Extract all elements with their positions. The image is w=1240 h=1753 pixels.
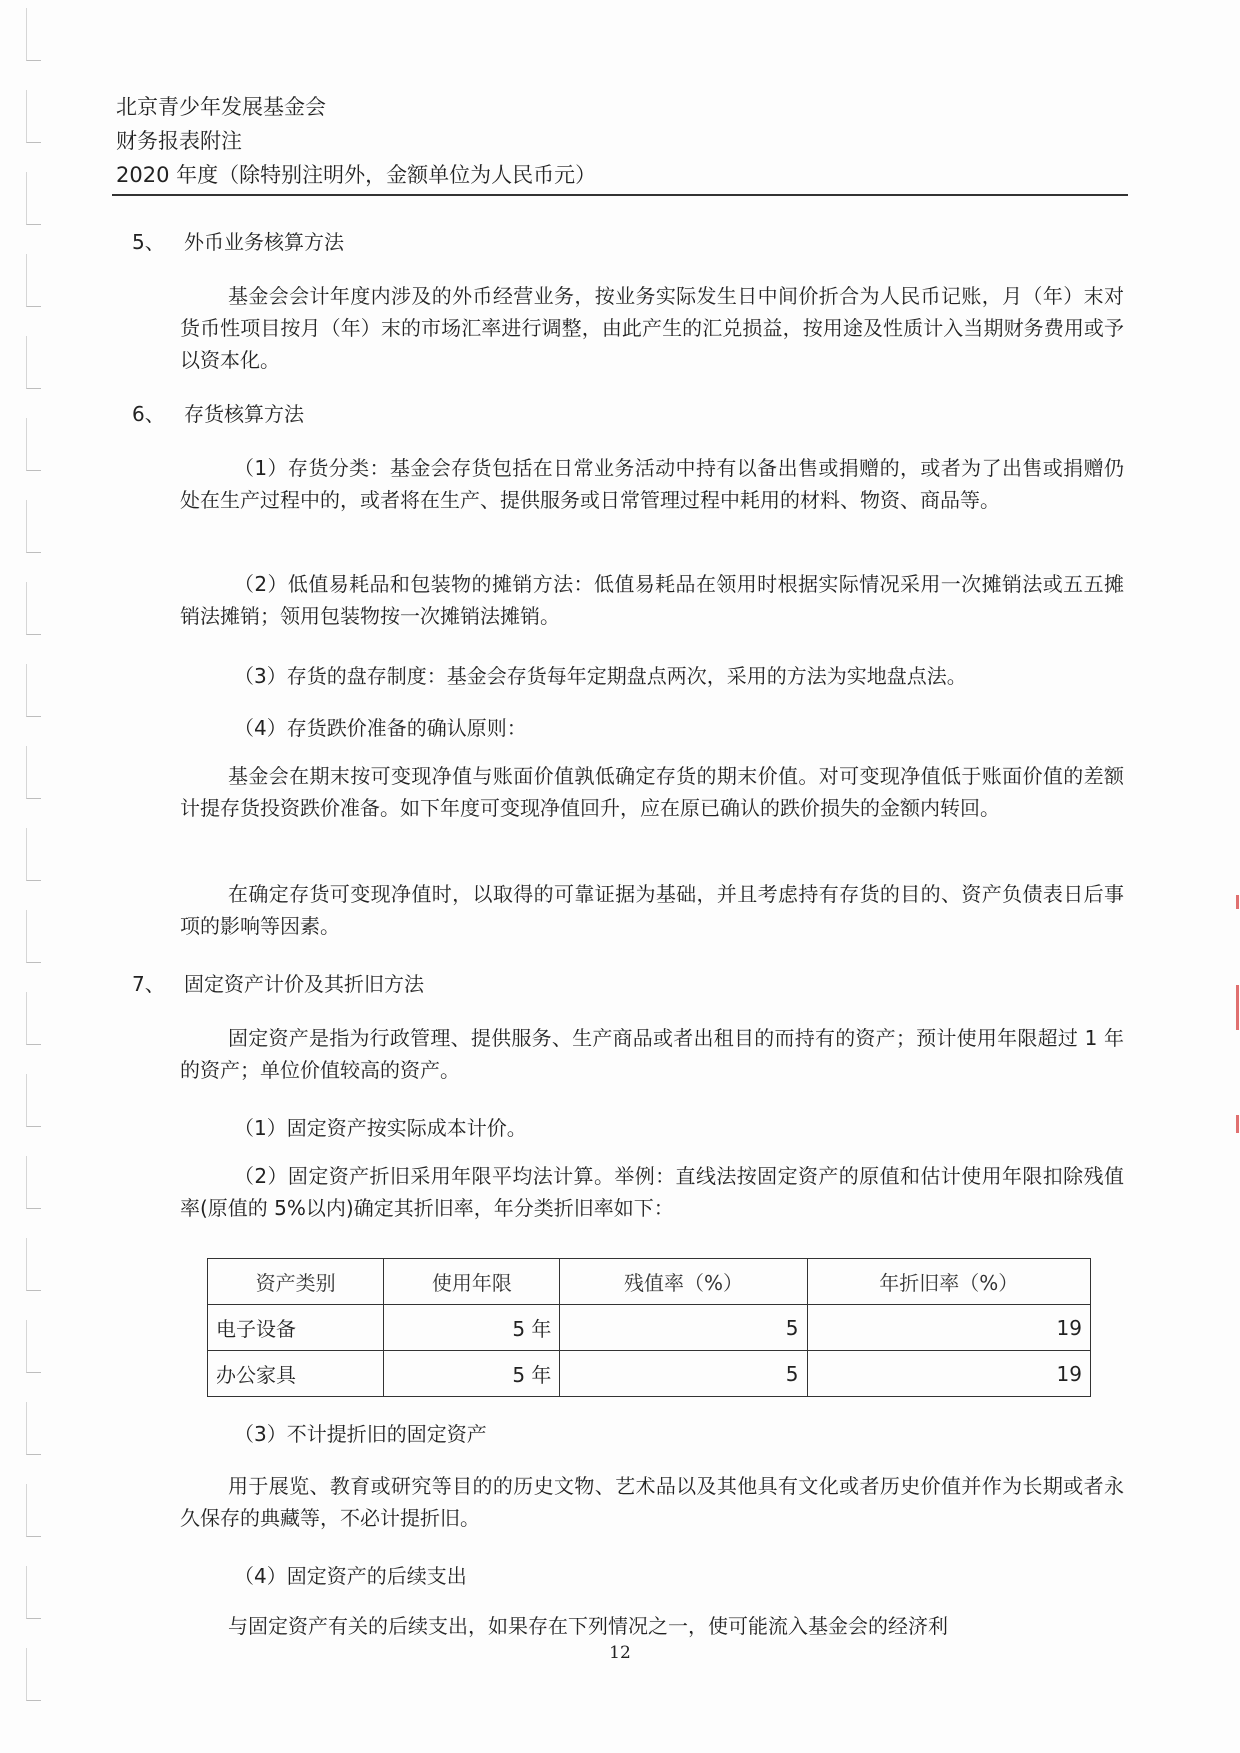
binding-mark <box>26 746 41 799</box>
header-divider <box>112 194 1128 196</box>
binding-mark <box>26 336 41 389</box>
annual-depreciation-rate: 19 <box>807 1351 1090 1397</box>
paragraph: 基金会会计年度内涉及的外币经营业务，按业务实际发生日中间价折合为人民币记账，月（… <box>180 280 1124 376</box>
paragraph: 与固定资产有关的后续支出，如果存在下列情况之一，使可能流入基金会的经济利 <box>180 1610 1124 1642</box>
binding-mark <box>26 1320 41 1373</box>
paragraph: 用于展览、教育或研究等目的的历史文物、艺术品以及其他具有文化或者历史价值并作为长… <box>180 1470 1124 1534</box>
table-header-row: 资产类别 使用年限 残值率（%） 年折旧率（%） <box>208 1259 1091 1305</box>
table-row: 电子设备 5 年 5 19 <box>208 1305 1091 1351</box>
depreciation-rate-table: 资产类别 使用年限 残值率（%） 年折旧率（%） 电子设备 5 年 5 19 办… <box>207 1258 1091 1397</box>
binding-mark <box>26 582 41 635</box>
seal-edge-mark <box>1236 985 1239 1030</box>
binding-mark <box>26 172 41 225</box>
binding-mark <box>26 992 41 1045</box>
section-heading: 5、外币业务核算方法 <box>132 226 344 255</box>
page-number: 12 <box>0 1643 1240 1663</box>
binding-mark <box>26 500 41 553</box>
paragraph: （3）不计提折旧的固定资产 <box>234 1418 487 1447</box>
asset-category: 电子设备 <box>208 1305 384 1351</box>
seal-edge-mark <box>1236 895 1239 909</box>
page-header: 北京青少年发展基金会 财务报表附注 2020 年度（除特别注明外，金额单位为人民… <box>116 90 596 192</box>
binding-mark <box>26 1074 41 1127</box>
paragraph: （2）低值易耗品和包装物的摊销方法：低值易耗品在领用时根据实际情况采用一次摊销法… <box>180 568 1124 632</box>
paragraph: （1）存货分类：基金会存货包括在日常业务活动中持有以备出售或捐赠的，或者为了出售… <box>180 452 1124 516</box>
binding-mark <box>26 1484 41 1537</box>
paragraph: 固定资产是指为行政管理、提供服务、生产商品或者出租目的而持有的资产；预计使用年限… <box>180 1022 1124 1086</box>
column-header: 资产类别 <box>208 1259 384 1305</box>
binding-mark <box>26 418 41 471</box>
binding-mark <box>26 90 41 143</box>
annual-depreciation-rate: 19 <box>807 1305 1090 1351</box>
period-note: 2020 年度（除特别注明外，金额单位为人民币元） <box>116 158 596 192</box>
residual-rate: 5 <box>560 1305 807 1351</box>
paragraph: （2）固定资产折旧采用年限平均法计算。举例：直线法按固定资产的原值和估计使用年限… <box>180 1160 1124 1224</box>
paragraph: 基金会在期末按可变现净值与账面价值孰低确定存货的期末价值。对可变现净值低于账面价… <box>180 760 1124 824</box>
binding-mark <box>26 254 41 307</box>
paragraph: （4）存货跌价准备的确认原则： <box>234 712 527 741</box>
paragraph: 在确定存货可变现净值时，以取得的可靠证据为基础，并且考虑持有存货的目的、资产负债… <box>180 878 1124 942</box>
org-name: 北京青少年发展基金会 <box>116 90 596 124</box>
binding-mark <box>26 8 41 61</box>
table-row: 办公家具 5 年 5 19 <box>208 1351 1091 1397</box>
paragraph: （1）固定资产按实际成本计价。 <box>234 1112 527 1141</box>
binding-mark <box>26 910 41 963</box>
column-header: 年折旧率（%） <box>807 1259 1090 1305</box>
useful-life: 5 年 <box>384 1305 560 1351</box>
seal-edge-mark <box>1236 1115 1239 1133</box>
section-heading: 6、存货核算方法 <box>132 398 304 427</box>
paragraph: （4）固定资产的后续支出 <box>234 1560 467 1589</box>
doc-title: 财务报表附注 <box>116 124 596 158</box>
binding-mark <box>26 828 41 881</box>
column-header: 使用年限 <box>384 1259 560 1305</box>
asset-category: 办公家具 <box>208 1351 384 1397</box>
binding-mark <box>26 1156 41 1209</box>
binding-mark <box>26 1238 41 1291</box>
column-header: 残值率（%） <box>560 1259 807 1305</box>
binding-mark <box>26 1566 41 1619</box>
residual-rate: 5 <box>560 1351 807 1397</box>
section-heading: 7、固定资产计价及其折旧方法 <box>132 968 424 997</box>
binding-mark <box>26 664 41 717</box>
binding-mark <box>26 1402 41 1455</box>
useful-life: 5 年 <box>384 1351 560 1397</box>
paragraph: （3）存货的盘存制度：基金会存货每年定期盘点两次，采用的方法为实地盘点法。 <box>234 660 967 689</box>
